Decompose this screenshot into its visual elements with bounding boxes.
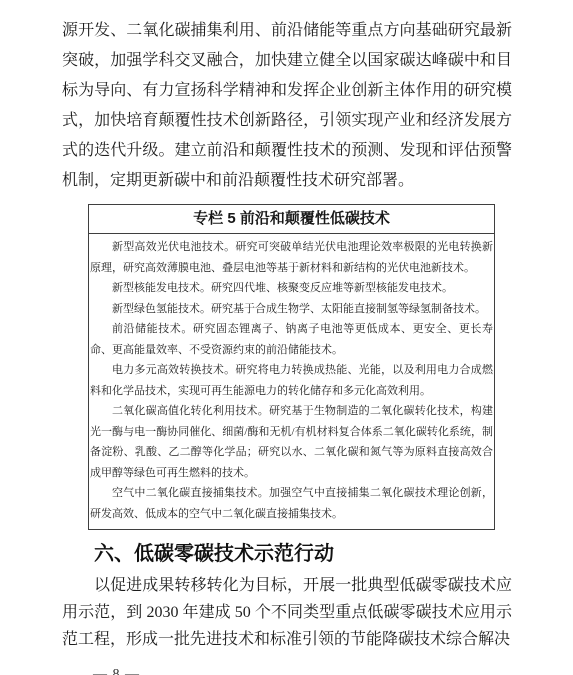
box-paragraph: 新型绿色氢能技术。研究基于合成生物学、太阳能直接制氢等绿氢制备技术。 <box>90 299 493 320</box>
box-paragraph: 空气中二氧化碳直接捕集技术。加强空气中直接捕集二氧化碳技术理论创新，研发高效、低… <box>90 483 493 524</box>
box-paragraph: 新型高效光伏电池技术。研究可突破单结光伏电池理论效率极限的光电转换新原理，研究高… <box>90 237 493 278</box>
box-paragraph: 新型核能发电技术。研究四代堆、核聚变反应堆等新型核能发电技术。 <box>90 278 493 299</box>
box-paragraph: 电力多元高效转换技术。研究将电力转换成热能、光能，以及利用电力合成燃料和化学品技… <box>90 360 493 401</box>
box-paragraph: 二氧化碳高值化转化利用技术。研究基于生物制造的二氧化碳转化技术，构建光一酶与电一… <box>90 401 493 483</box>
page-number: — 8 — <box>93 667 512 675</box>
section-heading: 六、低碳零碳技术示范行动 <box>94 542 512 566</box>
body-paragraph-top: 源开发、二氧化碳捕集利用、前沿储能等重点方向基础研究最新突破，加强学科交叉融合，… <box>62 16 512 196</box>
column-box-title: 专栏 5 前沿和颠覆性低碳技术 <box>89 205 494 234</box>
box-paragraph: 前沿储能技术。研究固态锂离子、钠离子电池等更低成本、更安全、更长寿命、更高能量效… <box>90 319 493 360</box>
column-box-body: 新型高效光伏电池技术。研究可突破单结光伏电池理论效率极限的光电转换新原理，研究高… <box>89 234 494 529</box>
column-box: 专栏 5 前沿和颠覆性低碳技术 新型高效光伏电池技术。研究可突破单结光伏电池理论… <box>88 204 495 530</box>
body-paragraph-bottom: 以促进成果转移转化为目标，开展一批典型低碳零碳技术应用示范，到 2030 年建成… <box>62 572 512 653</box>
document-page: 源开发、二氧化碳捕集利用、前沿储能等重点方向基础研究最新突破，加强学科交叉融合，… <box>0 0 573 675</box>
